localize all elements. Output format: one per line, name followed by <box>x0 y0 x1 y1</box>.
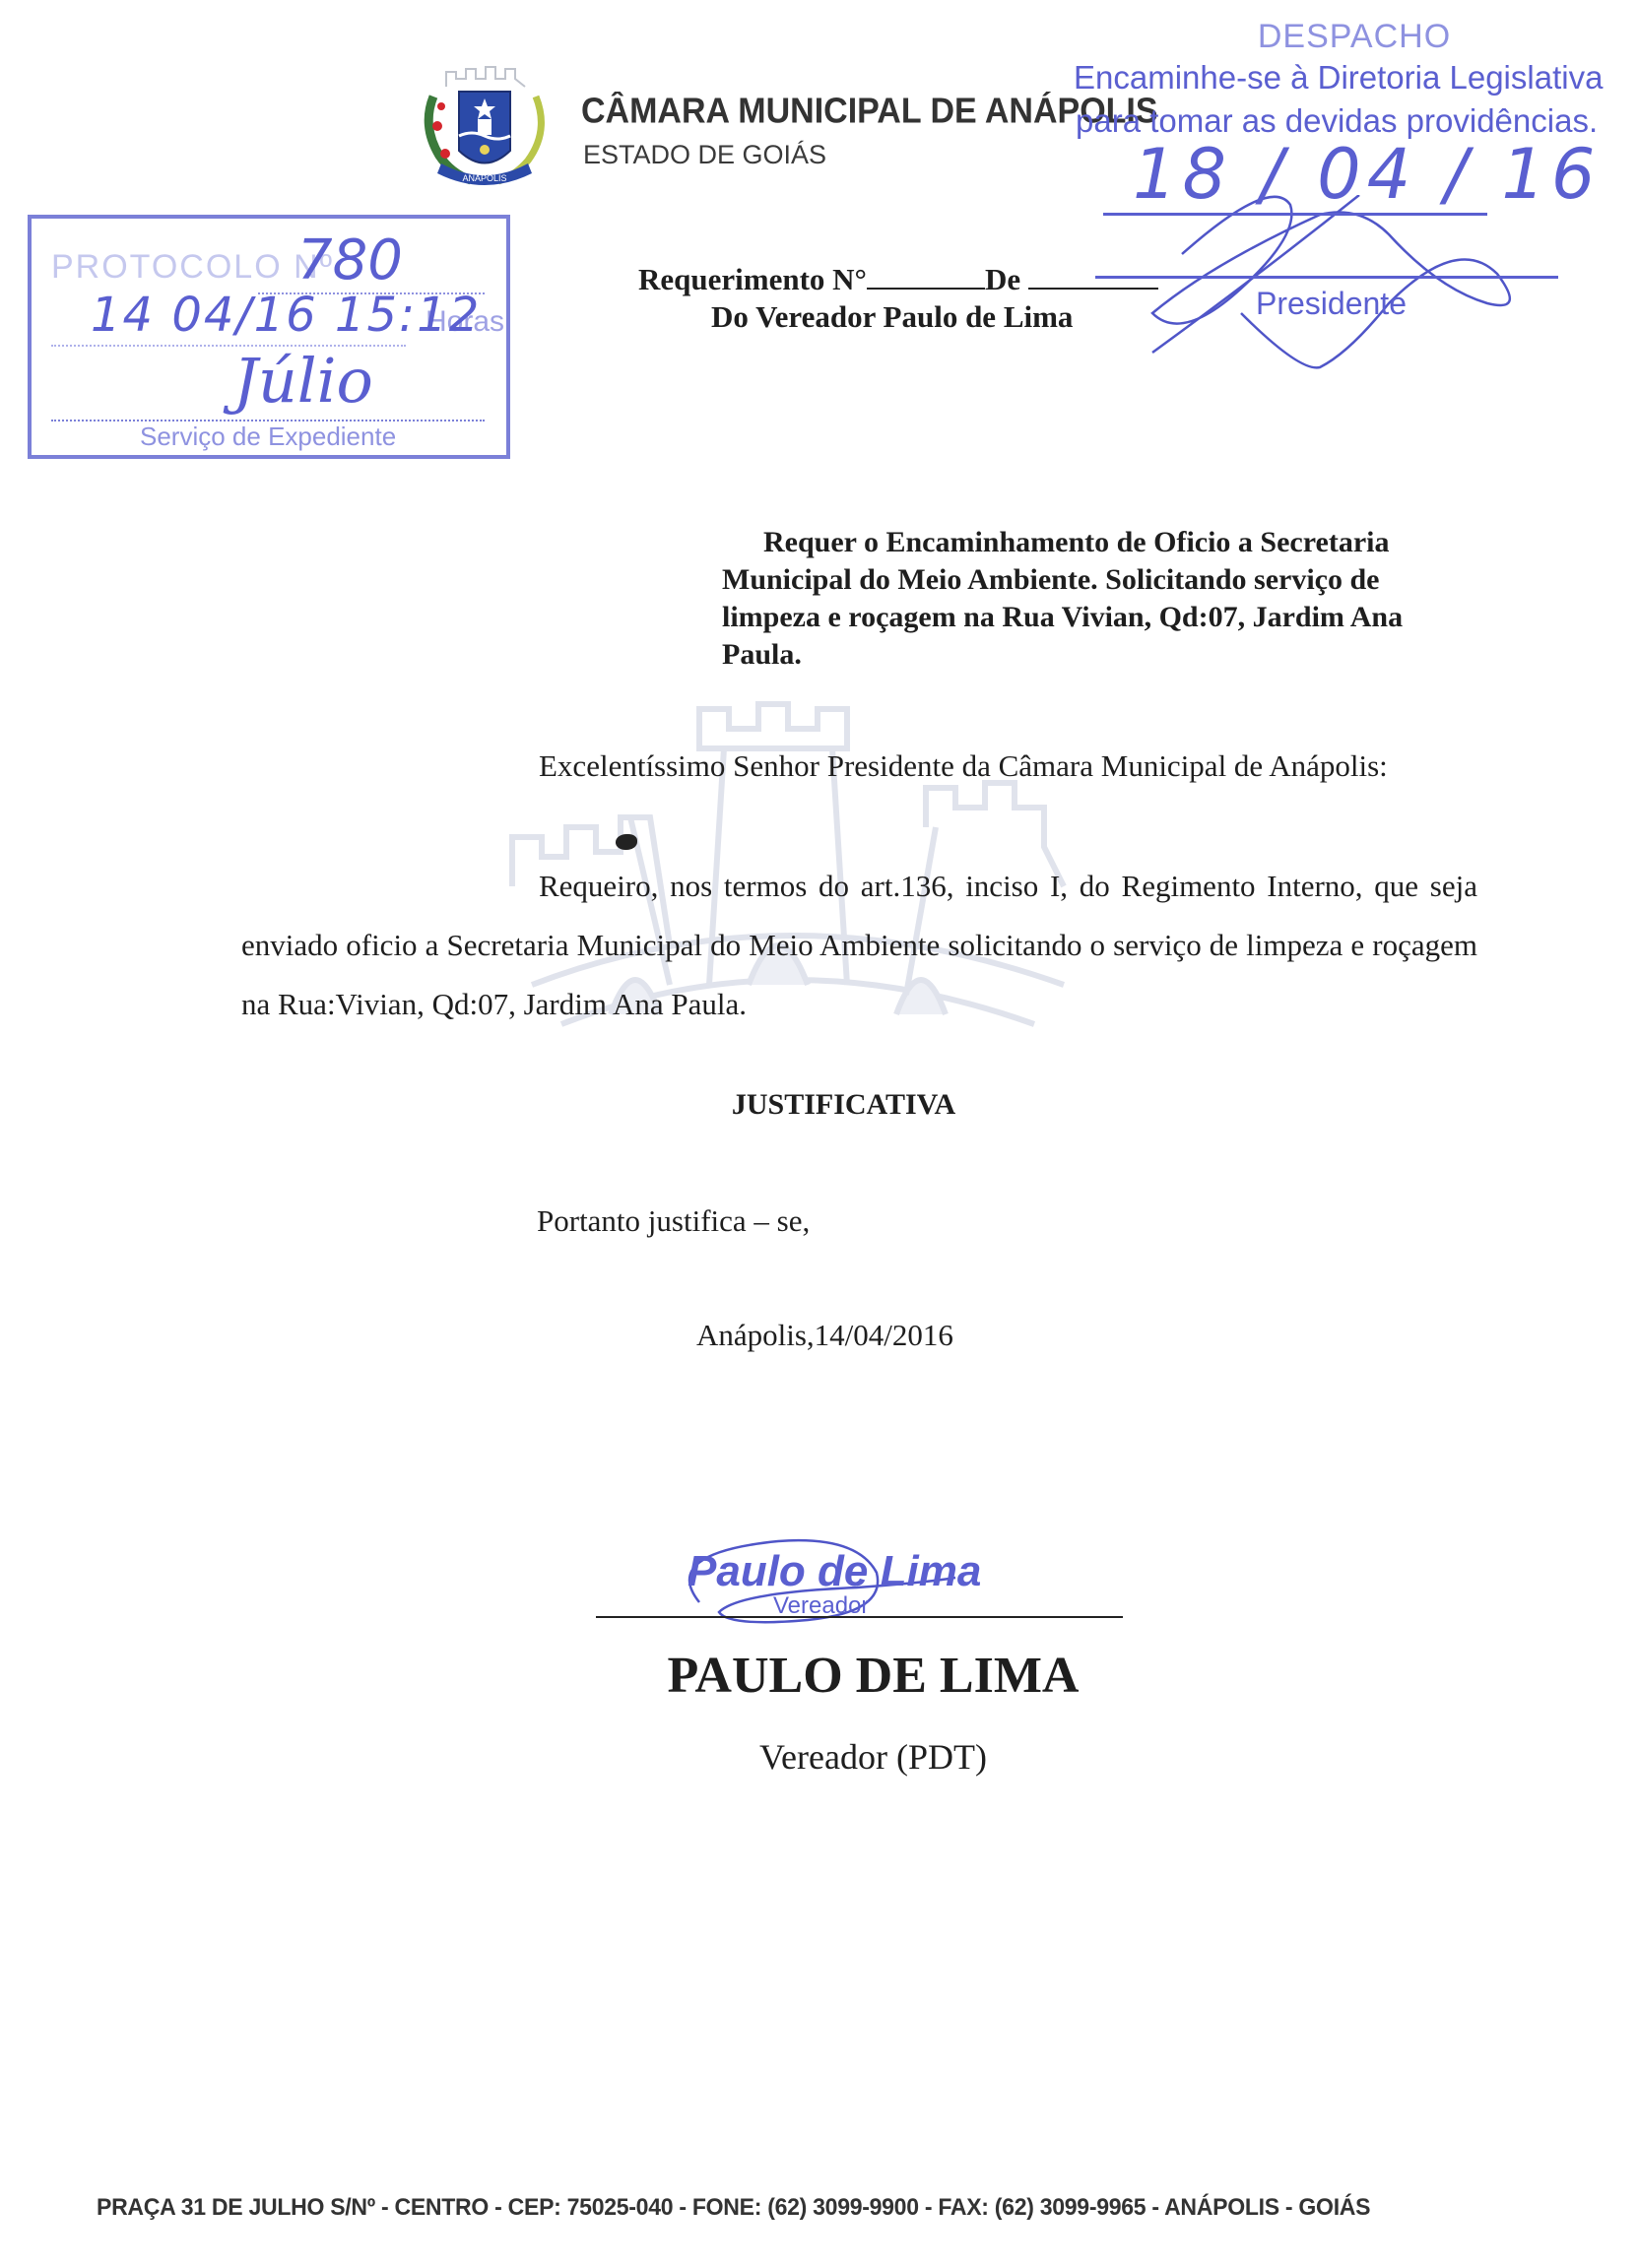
despacho-instruction-line1: Encaminhe-se à Diretoria Legislativa <box>1074 59 1603 97</box>
footer-address: PRAÇA 31 DE JULHO S/Nº - CENTRO - CEP: 7… <box>97 2194 1370 2222</box>
salutation: Excelentíssimo Senhor Presidente da Câma… <box>539 748 1388 784</box>
org-state: ESTADO DE GOIÁS <box>583 140 826 170</box>
place-and-date: Anápolis,14/04/2016 <box>696 1318 953 1353</box>
despacho-role-label: Presidente <box>1256 286 1407 322</box>
request-summary: Requer o Encaminhamento de Oficio a Secr… <box>722 524 1480 674</box>
requerimento-author: Do Vereador Paulo de Lima <box>711 299 1073 335</box>
protocolo-signature: Júlio <box>233 345 373 417</box>
signature-line <box>596 1616 1123 1618</box>
ink-blot <box>616 834 637 850</box>
requerimento-date-label: De <box>985 262 1020 296</box>
protocolo-number: 780 <box>297 228 403 292</box>
municipal-coat-of-arms-icon: ANÁPOLIS <box>412 57 557 203</box>
requerimento-number-blank <box>867 287 985 290</box>
justificativa-heading: JUSTIFICATIVA <box>0 1088 1638 1122</box>
signer-role: Vereador (PDT) <box>0 1736 1638 1778</box>
despacho-signature-rule <box>1095 276 1558 279</box>
despacho-title: DESPACHO <box>1226 18 1482 56</box>
despacho-stamp: DESPACHO Encaminhe-se à Diretoria Legisl… <box>1064 18 1615 372</box>
protocolo-datetime: 14 04/16 15:12 <box>91 288 481 343</box>
requerimento-label: Requerimento N° <box>638 262 867 296</box>
justificativa-text: Portanto justifica – se, <box>537 1203 810 1239</box>
signer-name: PAULO DE LIMA <box>0 1647 1638 1705</box>
despacho-handwritten-date: 18 / 04 / 16 <box>1133 134 1601 215</box>
protocolo-label: PROTOCOLO Nº <box>51 248 334 287</box>
despacho-date-rule <box>1103 213 1487 216</box>
request-paragraph: Requeiro, nos termos do art.136, inciso … <box>241 857 1477 1034</box>
svg-text:ANÁPOLIS: ANÁPOLIS <box>462 173 506 183</box>
protocolo-service-label: Serviço de Expediente <box>140 421 396 452</box>
signature-stamp-name: Paulo de Lima <box>688 1547 981 1596</box>
requerimento-date-blank <box>1028 287 1158 290</box>
requerimento-number-line: Requerimento N°De <box>638 262 1158 297</box>
protocolo-stamp: PROTOCOLO Nº 780 Horas 14 04/16 15:12 Jú… <box>28 215 510 459</box>
vereador-signature-stamp: Paulo de Lima Vereador <box>670 1539 1005 1624</box>
